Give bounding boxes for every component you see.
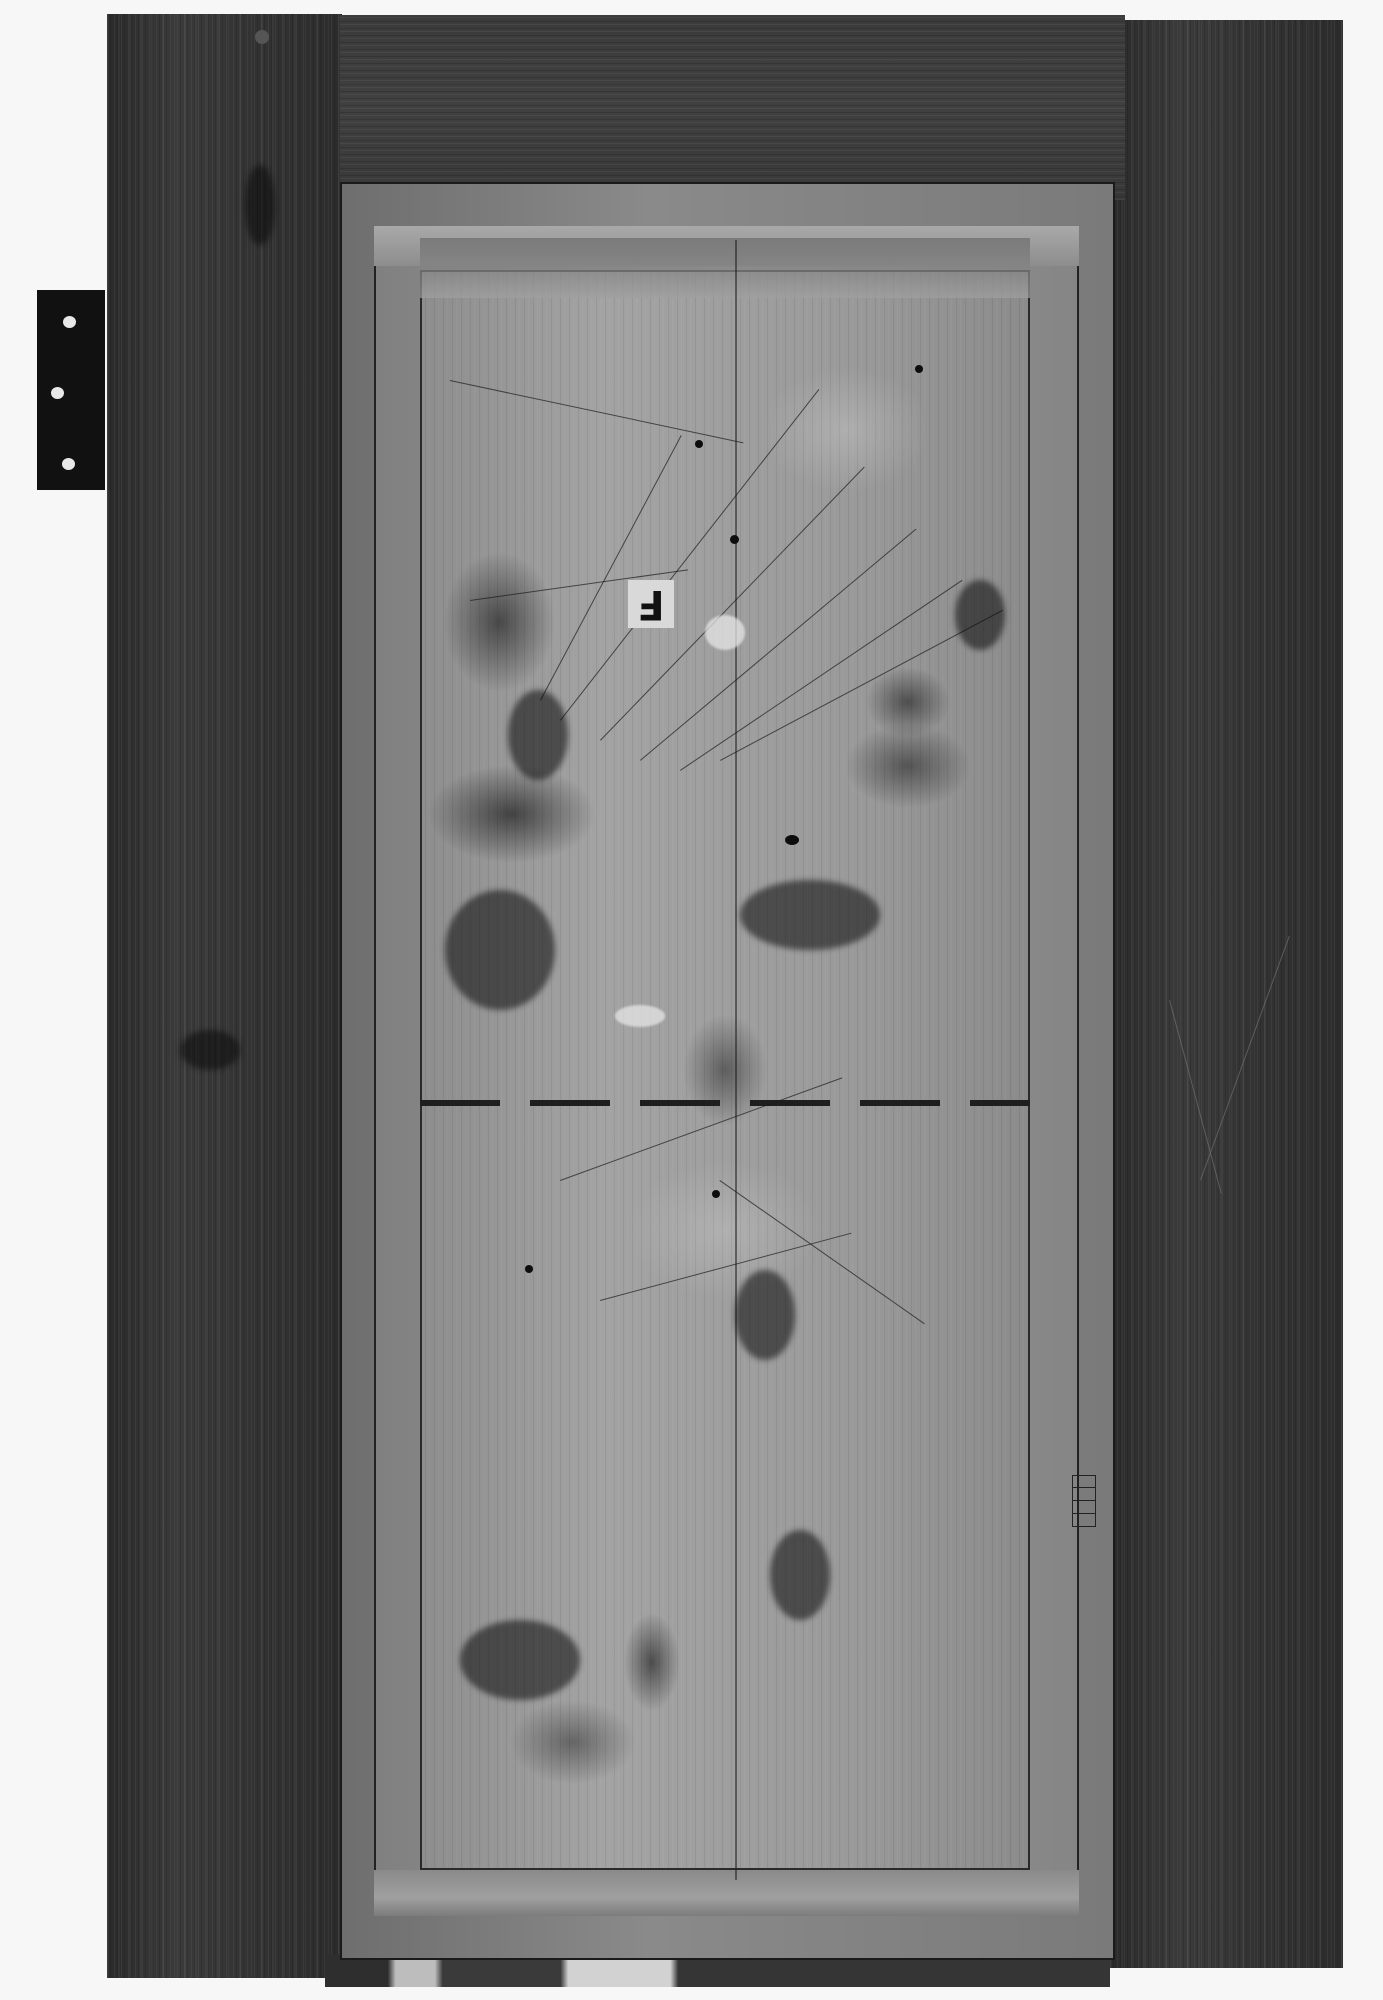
photograph: F Black-and-white photograph of a weathe…: [0, 0, 1383, 2000]
stain: [955, 580, 1005, 650]
nail-hole: [915, 365, 923, 373]
top-door-rail: [340, 15, 1125, 200]
right-door-stile: [1110, 20, 1343, 1968]
screw-hole: [62, 458, 75, 470]
carved-mark: [1072, 1475, 1096, 1527]
door-hinge: [37, 290, 105, 490]
screw-hole: [51, 387, 64, 399]
stain: [735, 1270, 795, 1360]
stain: [770, 1530, 830, 1620]
nail-hole: [695, 440, 703, 448]
panel-board-seam: [735, 240, 737, 1880]
stain: [460, 1620, 580, 1700]
stain: [508, 690, 568, 780]
stain: [245, 165, 275, 245]
worn-patch: [615, 1005, 665, 1027]
stain: [740, 880, 880, 950]
nail-hole: [730, 535, 739, 544]
nail-hole: [525, 1265, 533, 1273]
nail-hole: [785, 835, 799, 845]
nail-hole: [712, 1190, 720, 1198]
screw-hole: [63, 316, 76, 328]
stencil-letter: F: [628, 580, 674, 628]
panel-horizontal-joint: [420, 1100, 1030, 1106]
stain: [180, 1030, 240, 1070]
wood-knot: [255, 30, 269, 44]
bottom-bevel: [374, 1870, 1079, 1916]
panel-top-shadow: [420, 238, 1030, 298]
stain: [445, 890, 555, 1010]
left-door-stile: [107, 14, 342, 1978]
worn-patch: [705, 615, 745, 650]
